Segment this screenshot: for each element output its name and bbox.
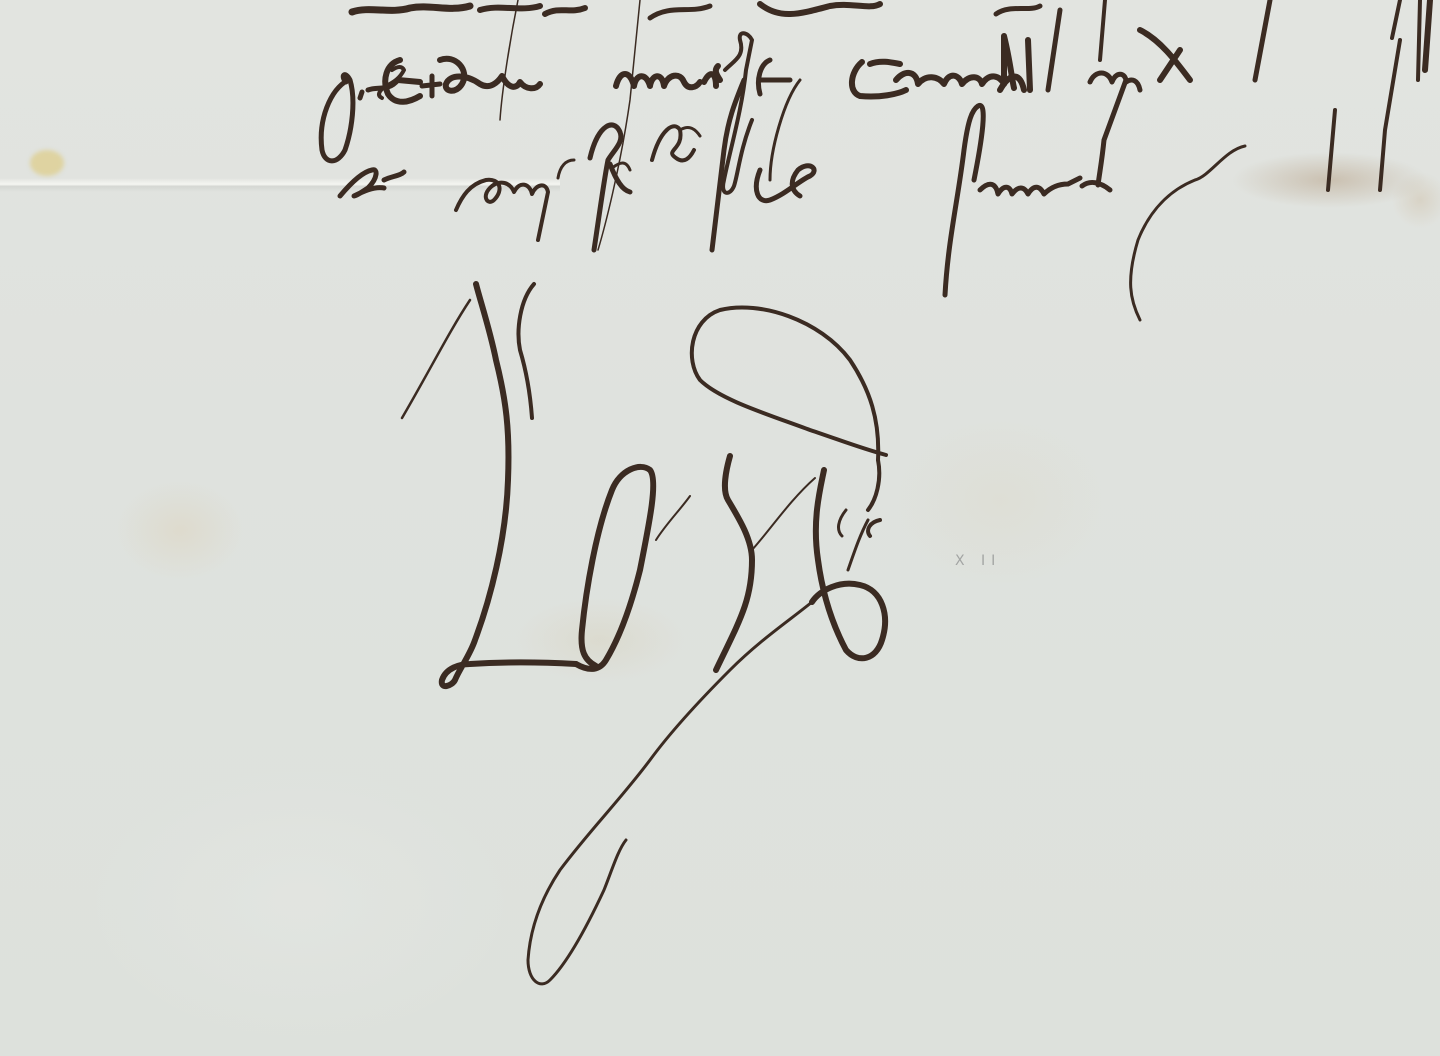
text-line-1 <box>352 0 1420 80</box>
handwriting-ink-layer <box>0 0 1440 1056</box>
signature-loys <box>402 284 886 984</box>
pencil-annotation: X II <box>955 553 1001 569</box>
text-line-3 <box>340 80 1335 320</box>
